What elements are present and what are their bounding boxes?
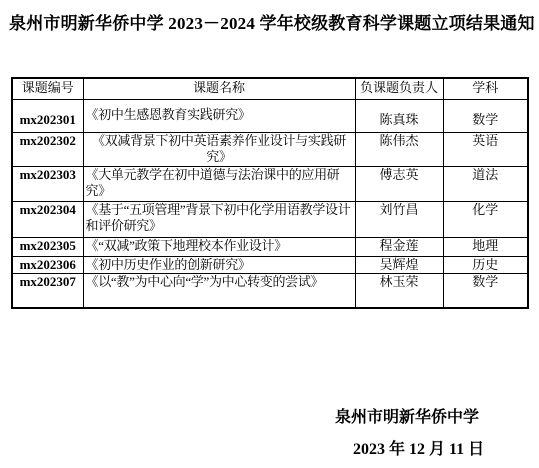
table-header-row: 课题编号 课题名称 负课题负责人 学科 (12, 78, 528, 99)
project-name: 《“双减”政策下地理校本作业设计》 (83, 237, 355, 256)
project-results-table: 课题编号 课题名称 负课题负责人 学科 mx202301 《初中生感恩教育实践研… (11, 77, 529, 309)
project-name: 《以“教”为中心向“学”为中心转变的尝试》 (83, 273, 355, 308)
project-leader: 吴辉煌 (355, 256, 443, 273)
project-name: 《初中生感恩教育实践研究》 (83, 99, 355, 132)
project-subject: 数学 (443, 273, 528, 308)
project-id: mx202305 (12, 237, 83, 256)
notice-title: 泉州市明新华侨中学 2023－2024 学年校级教育科学课题立项结果通知 (9, 14, 534, 34)
project-id: mx202301 (12, 99, 83, 132)
project-subject: 英语 (443, 132, 528, 166)
table-row: mx202305 《“双减”政策下地理校本作业设计》 程金莲 地理 (12, 237, 528, 256)
project-id: mx202302 (12, 132, 83, 166)
project-leader: 陈真珠 (355, 99, 443, 132)
signature-date: 2023 年 12 月 11 日 (353, 440, 484, 460)
header-project-name: 课题名称 (83, 78, 355, 99)
project-id: mx202304 (12, 201, 83, 237)
table-row: mx202302 《双减背景下初中英语素养作业设计与实践研究》 陈伟杰 英语 (12, 132, 528, 166)
table-row: mx202303 《大单元教学在初中道德与法治课中的应用研究》 傅志英 道法 (12, 166, 528, 201)
signature-school: 泉州市明新华侨中学 (335, 408, 479, 428)
project-subject: 化学 (443, 201, 528, 237)
project-subject: 历史 (443, 256, 528, 273)
project-id: mx202303 (12, 166, 83, 201)
project-leader: 陈伟杰 (355, 132, 443, 166)
project-id: mx202307 (12, 273, 83, 308)
project-leader: 刘竹昌 (355, 201, 443, 237)
table-row: mx202307 《以“教”为中心向“学”为中心转变的尝试》 林玉荣 数学 (12, 273, 528, 308)
table-row: mx202304 《基于“五项管理”背景下初中化学用语教学设计和评价研究》 刘竹… (12, 201, 528, 237)
header-project-id: 课题编号 (12, 78, 83, 99)
project-leader: 程金莲 (355, 237, 443, 256)
project-name: 《基于“五项管理”背景下初中化学用语教学设计和评价研究》 (83, 201, 355, 237)
project-name: 《大单元教学在初中道德与法治课中的应用研究》 (83, 166, 355, 201)
table-row: mx202301 《初中生感恩教育实践研究》 陈真珠 数学 (12, 99, 528, 132)
project-subject: 道法 (443, 166, 528, 201)
project-id: mx202306 (12, 256, 83, 273)
notice-document: 泉州市明新华侨中学 2023－2024 学年校级教育科学课题立项结果通知 课题编… (0, 0, 539, 468)
header-subject: 学科 (443, 78, 528, 99)
project-name: 《双减背景下初中英语素养作业设计与实践研究》 (83, 132, 355, 166)
project-leader: 傅志英 (355, 166, 443, 201)
project-name: 《初中历史作业的创新研究》 (83, 256, 355, 273)
header-project-leader: 负课题负责人 (355, 78, 443, 99)
table-row: mx202306 《初中历史作业的创新研究》 吴辉煌 历史 (12, 256, 528, 273)
project-leader: 林玉荣 (355, 273, 443, 308)
project-subject: 数学 (443, 99, 528, 132)
project-subject: 地理 (443, 237, 528, 256)
